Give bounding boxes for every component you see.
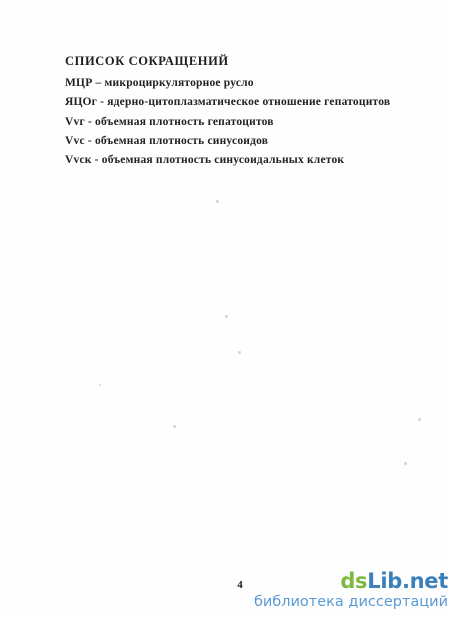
scan-speck (238, 351, 241, 354)
scan-speck (99, 384, 101, 386)
abbreviation-line-vvsk: Vvск - объемная плотность синусоидальных… (65, 151, 405, 170)
abbreviation-line-vvg: Vvг - объемная плотность гепатоцитов (65, 113, 405, 132)
scan-speck (418, 418, 421, 421)
dslib-logo-link[interactable]: dsLib.net (254, 570, 448, 593)
dslib-watermark: dsLib.net библиотека диссертаций (254, 570, 448, 611)
page-title: СПИСОК СОКРАЩЕНИЙ (65, 54, 229, 69)
dslib-logo-libnet-text: Lib.net (367, 569, 448, 593)
page-number: 4 (233, 579, 247, 591)
scan-speck (173, 425, 176, 428)
abbreviation-list: МЦР – микроциркуляторное русло ЯЦОг - яд… (65, 74, 405, 170)
scan-speck (404, 462, 407, 465)
dslib-logo-ds-text: ds (340, 569, 367, 593)
abbreviation-line-yacog: ЯЦОг - ядерно-цитоплазматическое отношен… (65, 93, 405, 112)
document-page: СПИСОК СОКРАЩЕНИЙ МЦР – микроциркуляторн… (0, 0, 450, 618)
abbreviation-line-vvs: Vvс - объемная плотность синусоидов (65, 132, 405, 151)
scan-speck (216, 200, 219, 203)
scan-speck (225, 315, 228, 318)
dslib-watermark-subtitle: библиотека диссертаций (254, 593, 448, 611)
abbreviation-line-mcr: МЦР – микроциркуляторное русло (65, 74, 405, 93)
